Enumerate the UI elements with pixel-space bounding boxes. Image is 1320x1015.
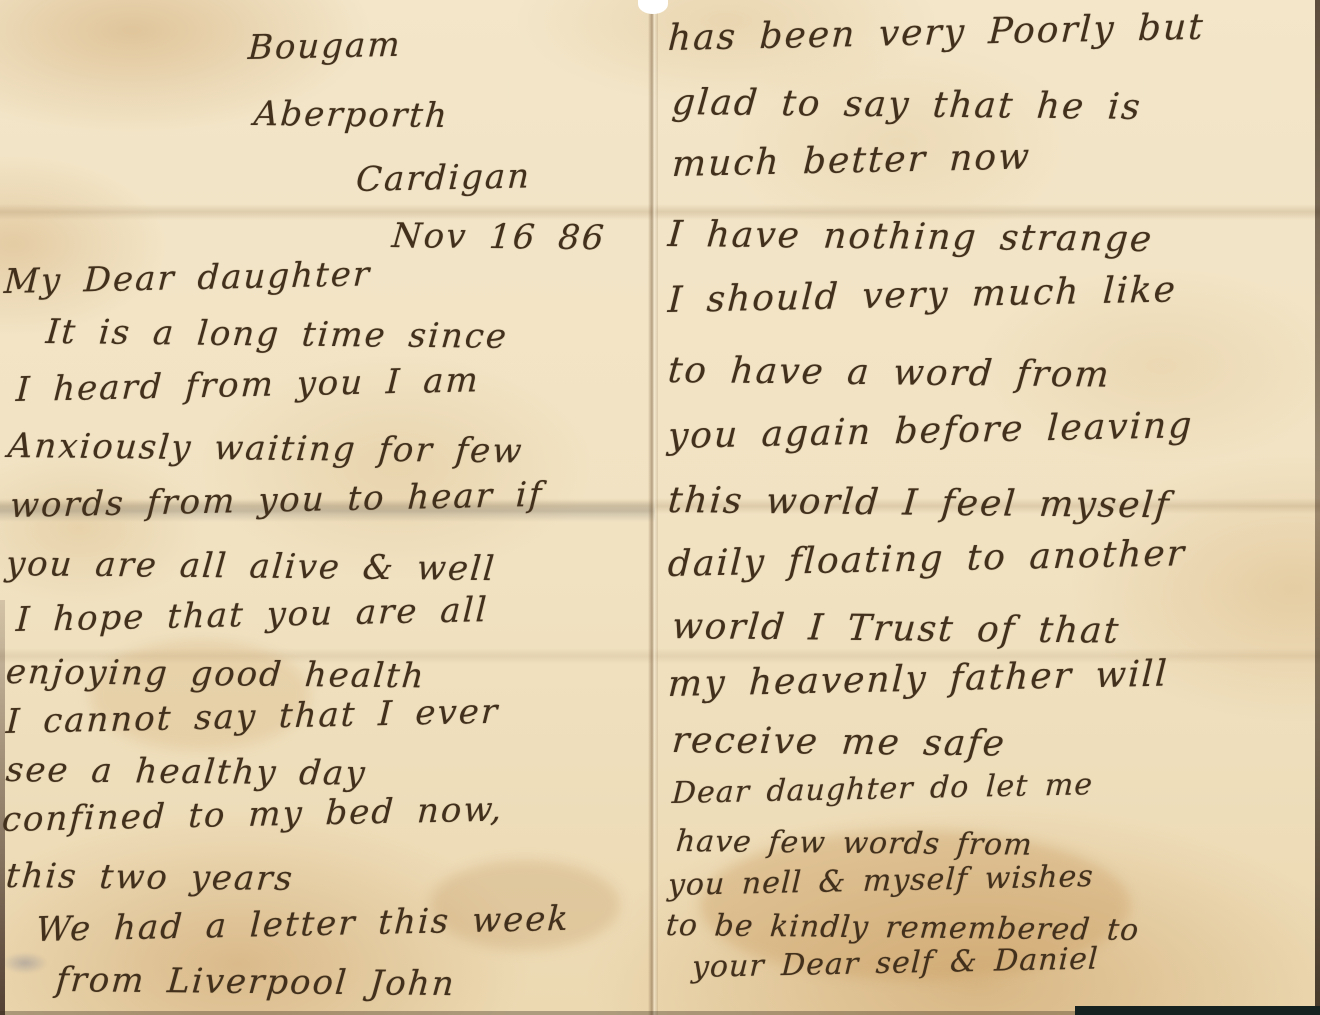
letter-line: you nell & myself wishes xyxy=(667,859,1094,903)
right-page: has been very Poorly but glad to say tha… xyxy=(0,0,1320,1015)
letter-line: Dear daughter do let me xyxy=(671,767,1094,811)
letter-line: I should very much like xyxy=(667,269,1178,321)
letter-line: my heavenly father will xyxy=(667,653,1170,705)
letter-line: world I Trust of that xyxy=(670,606,1121,652)
signature-line: your Dear self & Daniel xyxy=(691,941,1099,985)
letter-line: I have nothing strange xyxy=(666,214,1155,260)
letter-line: glad to say that he is xyxy=(670,82,1143,128)
letter-line: you again before leaving xyxy=(667,405,1194,457)
letter-line: daily floating to another xyxy=(667,533,1187,585)
letter-line: this world I feel myself xyxy=(666,480,1172,526)
letter-line: receive me safe xyxy=(670,720,1007,764)
letter-line: have few words from xyxy=(675,824,1034,863)
letter-line: has been very Poorly but xyxy=(667,7,1206,59)
letter-line: to have a word from xyxy=(666,350,1112,396)
letter-scan: Bougam Aberporth Cardigan Nov 16 86 My D… xyxy=(0,0,1320,1015)
letter-line: much better now xyxy=(671,136,1032,185)
